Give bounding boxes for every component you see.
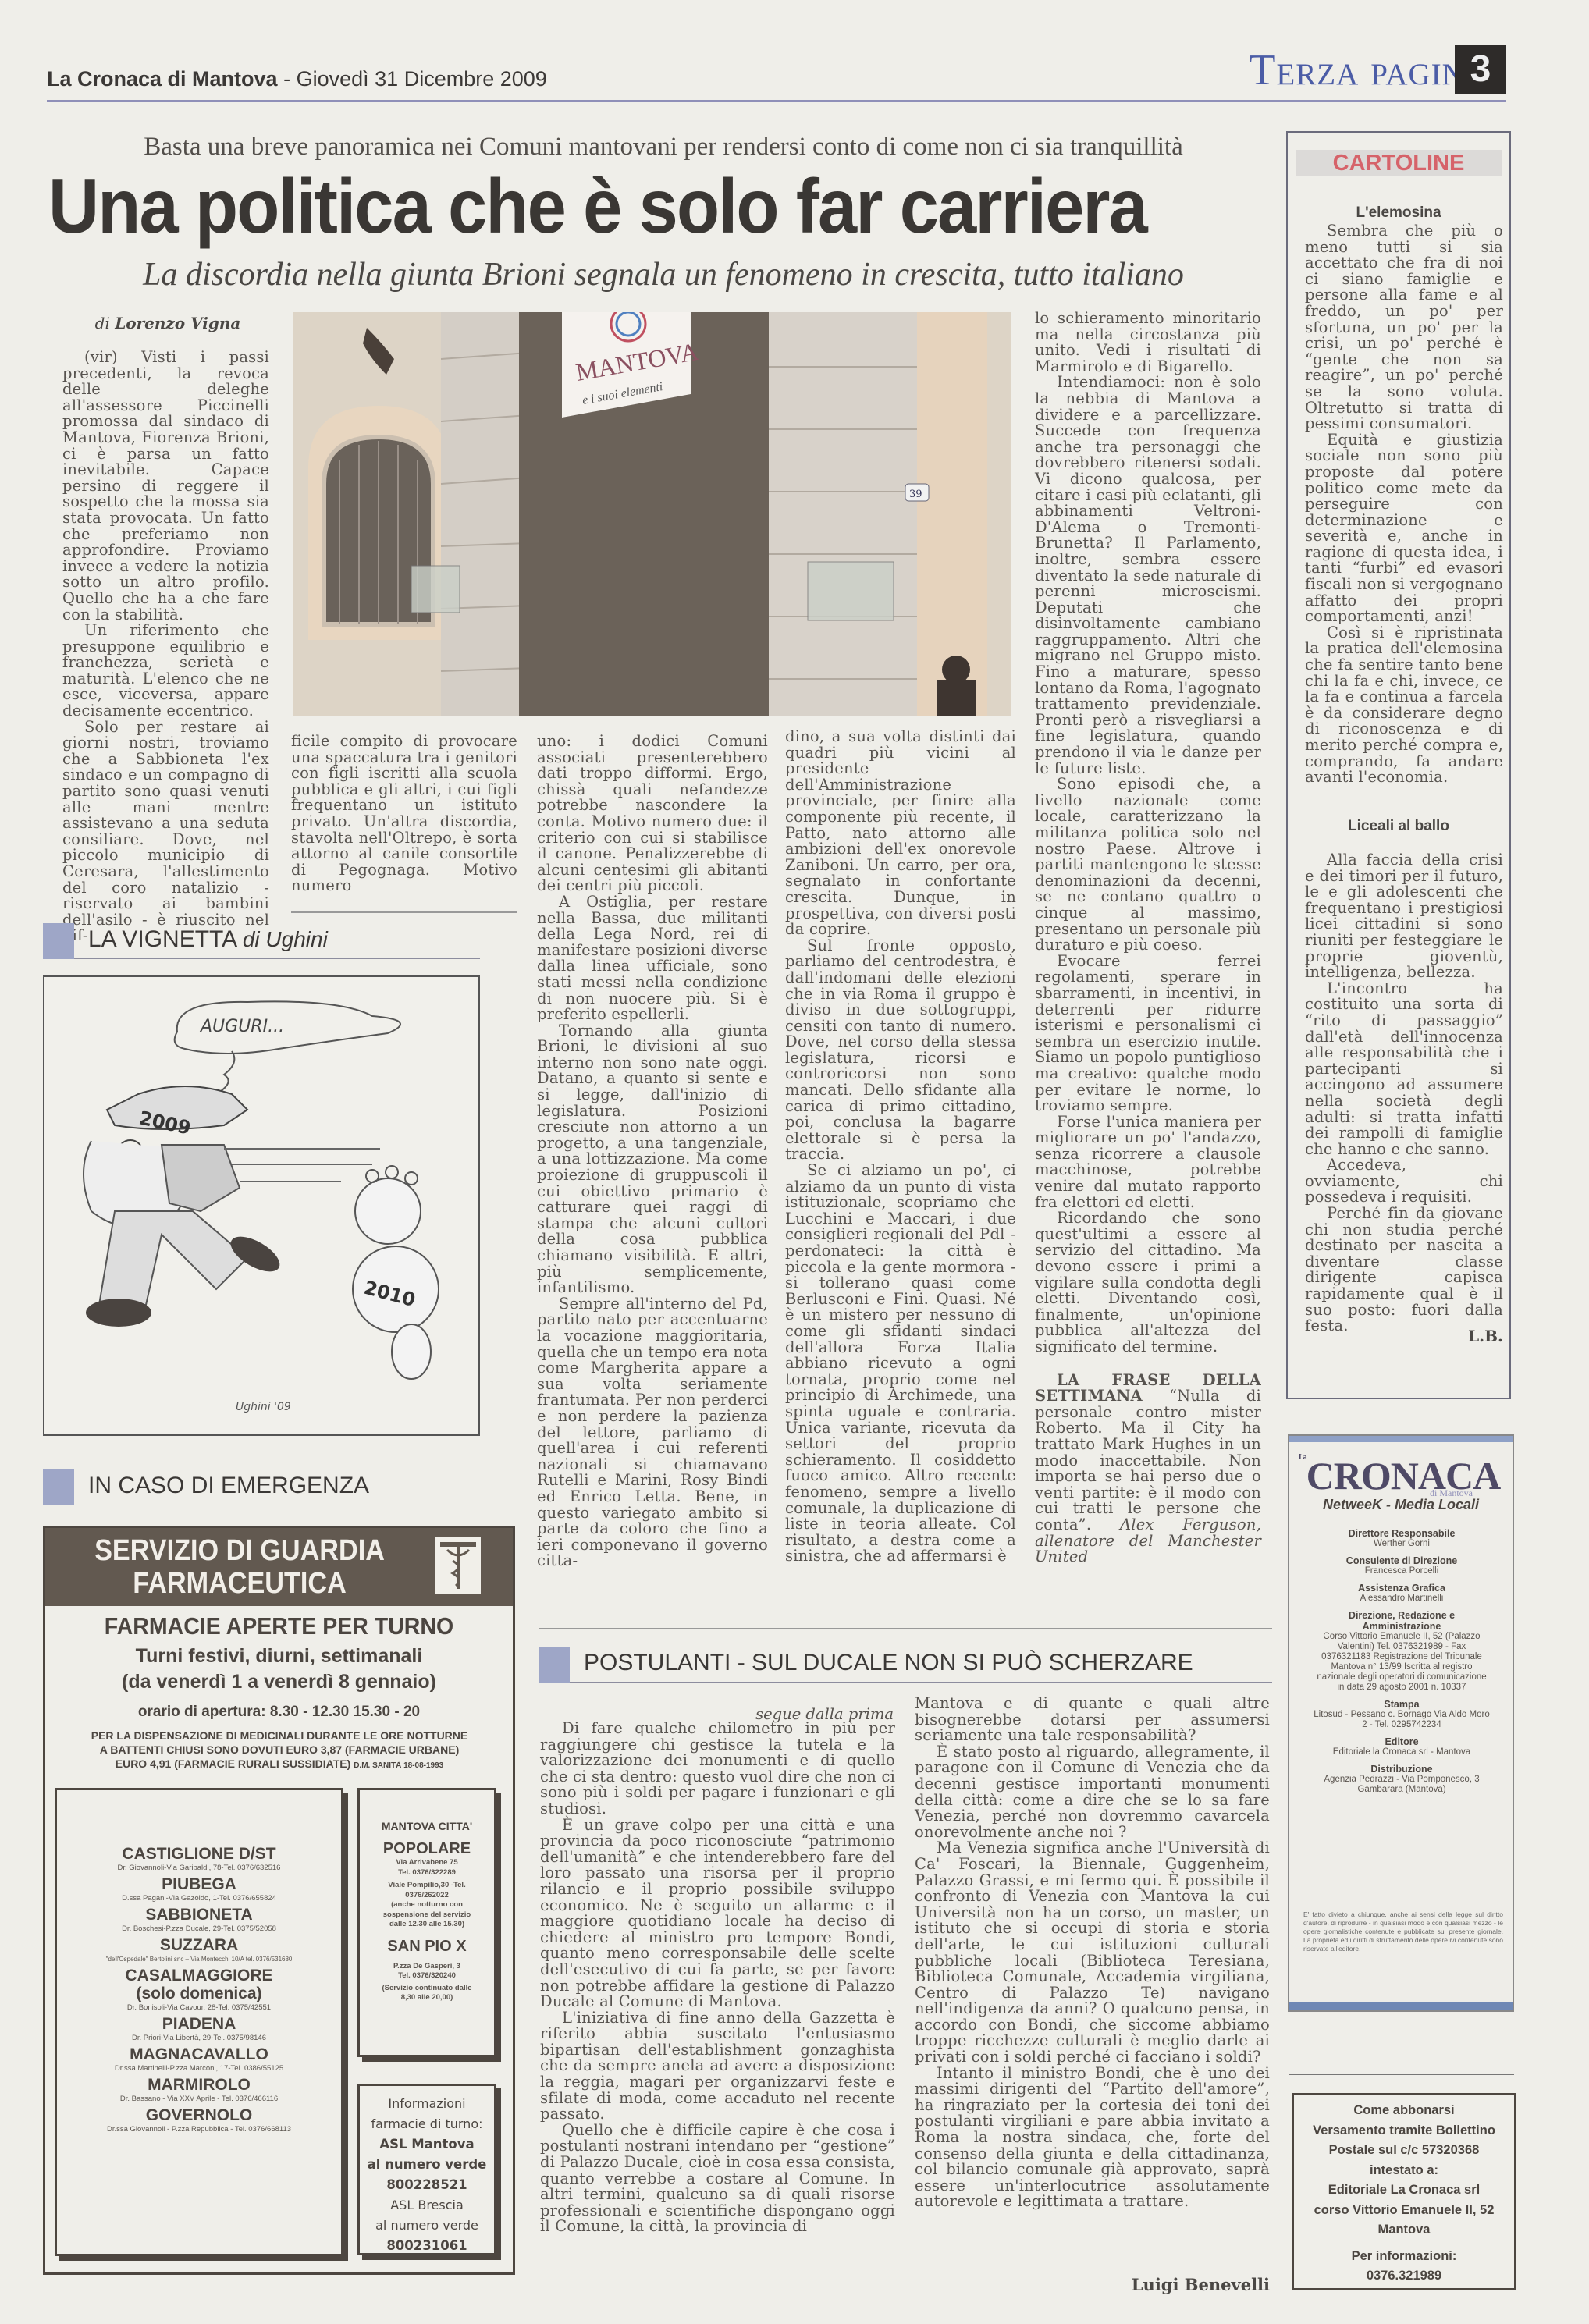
credit-value: Agenzia Pedrazzi - Via Pomponesco, 3 Gam… [1305,1775,1498,1795]
pharmacy-address: Via Arrivabene 75 [360,1858,494,1868]
paragraph: Un riferimento che presuppone equilibrio… [62,623,269,720]
paragraph: Sembra che più o meno tutti si sia accet… [1305,223,1503,432]
vignetta-author: di Ughini [243,927,328,951]
paragraph: Forse l'unica maniera per migliorare un … [1035,1114,1261,1211]
subscription-line: Versamento tramite Bollettino [1294,2121,1514,2141]
paragraph: Ma Venezia significa anche l'Università … [915,1840,1270,2065]
paragraph: Se ci alziamo un po', ci alziamo da un p… [785,1163,1016,1565]
pharmacy-town: PIADENA [57,2015,341,2033]
pharmacy-banner: SERVIZIO DI GUARDIA FARMACEUTICA [45,1528,513,1606]
credit-role: Distribuzione [1305,1764,1498,1775]
paragraph: L'incontro ha costituito una sorta di “r… [1305,981,1503,1158]
pharmacy-title-line2: FARMACEUTICA [75,1567,405,1600]
article-column-5: lo schieramento minoritario ma nella cir… [1035,311,1261,1565]
byline-author: Lorenzo Vigna [115,314,240,332]
paragraph: Sul fronte opposto, parliamo del centrod… [785,938,1016,1163]
pharmacy-entry: PIADENADr. Priori-Via Libertà, 29-Tel. 0… [57,2015,341,2044]
credit-role: Consulente di Direzione [1296,1555,1508,1566]
cartoline-signature: L.B. [1305,1327,1503,1345]
paragraph: lo schieramento minoritario ma nella cir… [1035,311,1261,375]
pharmacy-address: Dr. Giovannoli-Via Garibaldi, 78-Tel. 03… [57,1863,341,1874]
paragraph: Intendiamoci: non è solo la nebbia di Ma… [1035,375,1261,776]
paragraph: È un grave colpo per una città e una pro… [540,1818,895,2010]
info-line: ASL Brescia [360,2195,494,2216]
header-separator: - [283,67,290,91]
paragraph: Di fare qualche chilometro in più per ra… [540,1721,895,1818]
credit-role: Editore [1296,1736,1508,1747]
credit-value: Francesca Porcelli [1296,1566,1508,1576]
info-line: farmacie di turno: [360,2114,494,2134]
article-byline: di Lorenzo Vigna [59,314,277,332]
cronaca-logo: LaCRONACA [1299,1453,1509,1498]
subscription-line: Come abbonarsi [1294,2101,1514,2121]
pharmacy-hours: orario di apertura: 8.30 - 12.30 15.30 -… [45,1704,513,1721]
asl-info-box: Informazioni farmacie di turno: ASL Mant… [357,2084,496,2255]
pharmacy-address: P.zza De Gasperi, 3 [360,1962,494,1972]
pharmacy-title: SERVIZIO DI GUARDIA FARMACEUTICA [75,1534,405,1600]
postulanti-column-1: Di fare qualche chilometro in più per ra… [540,1721,895,2235]
section-rule [539,1628,1272,1629]
town-hall-facade-image: MANTOVA e i suoi elementi 39 [293,312,1011,716]
pharmacy-list: CASTIGLIONE D/STDr. Giovannoli-Via Garib… [55,1788,343,2256]
credit-value: Editoriale la Cronaca srl - Mantova [1296,1747,1508,1757]
pharmacy-address: Dr. Bonisoli-Via Cavour, 28-Tel. 0375/42… [57,2002,341,2013]
pharmacy-town: SABBIONETA [57,1906,341,1924]
cartolina-text: Alla faccia della crisi e dei timori per… [1305,852,1503,1334]
info-line: ASL Mantova [379,2137,474,2152]
masthead-box: LaCRONACA di Mantova NetweeK - Media Loc… [1288,1434,1514,2012]
logo-prefix: La [1299,1453,1306,1462]
cartoline-label: CARTOLINE [1296,150,1502,176]
caduceus-icon [435,1537,481,1594]
paragraph: Perché fin da giovane chi non studia per… [1305,1206,1503,1334]
article-headline: Una politica che è solo far carriera [48,162,1168,251]
pharmacy-town: CASALMAGGIORE [57,1967,341,1985]
pharmacy-address: Viale Pompilio,30 -Tel. [360,1881,494,1891]
paragraph: Intanto il ministro Bondi, che è uno dei… [915,2066,1270,2210]
cartolina-text: Sembra che più o meno tutti si sia accet… [1305,223,1503,786]
subscription-phone: 0376.321989 [1294,2266,1514,2287]
emergency-section-title: IN CASO DI EMERGENZA [88,1473,369,1499]
note-reference: D.M. SANITÀ 18-08-1993 [354,1761,443,1770]
section-marker-square [43,1469,74,1505]
pharmacy-address: "dell'Ospedale" Bertolini snc – Via Mont… [57,1954,341,1965]
paragraph: Tornando alla giunta Brioni, le division… [537,1023,768,1296]
postulanti-title: POSTULANTI - SUL DUCALE NON SI PUÒ SCHER… [584,1650,1193,1676]
pharmacy-period: (da venerdì 1 a venerdì 8 gennaio) [45,1671,513,1693]
subscription-box: Come abbonarsi Versamento tramite Bollet… [1292,2093,1516,2290]
pharmacy-phone: Tel. 0376/322289 [360,1868,494,1878]
cartoon-2009-2010-image: AUGURI... 2009 2010 Ughini '09 [44,977,478,1434]
pharmacy-title-line1: SERVIZIO DI GUARDIA [75,1534,405,1567]
article-column-4: dino, a sua volta distinti dai quadri pi… [785,729,1016,1565]
phone-number: 800228521 [386,2177,467,2192]
paper-name: La Cronaca di Mantova [47,67,278,91]
pharmacy-name: POPOLARE [360,1840,494,1858]
pharmacy-service-box: SERVIZIO DI GUARDIA FARMACEUTICA FARMACI… [43,1526,515,2275]
article-column-3: uno: i dodici Comuni associati presenter… [537,734,768,1569]
paragraph: Equità e giustizia sociale non sono più … [1305,432,1503,625]
credit-value: Werther Gorni [1296,1539,1508,1549]
cartoline-box: CARTOLINE L'elemosina Sembra che più o m… [1286,131,1511,1399]
paragraph: Alla faccia della crisi e dei timori per… [1305,852,1503,981]
paragraph: Evocare ferrei regolamenti, sperare in s… [1035,954,1261,1114]
cartolina-title: L'elemosina [1288,204,1509,222]
pharmacy-address: Dr. Bassano - Via XXV Aprile - Tel. 0376… [57,2094,341,2105]
vignetta-title: LA VIGNETTA [88,926,236,952]
speech-bubble-text: AUGURI... [199,1017,284,1036]
pharmacy-address: Dr.ssa Giovannoli - P.zza Repubblica - T… [57,2124,341,2135]
network-name: NetweeK - Media Locali [1289,1497,1513,1513]
credit-role: Stampa [1311,1699,1492,1710]
section-title: Terza pagina [1249,45,1488,95]
emergency-section-header: IN CASO DI EMERGENZA [43,1469,480,1505]
paragraph: Solo per restare ai giorni nostri, trovi… [62,720,269,944]
pharmacy-town: MARMIROLO [57,2076,341,2094]
issue-date: Giovedì 31 Dicembre 2009 [297,67,547,91]
info-line: al numero verde [360,2216,494,2236]
credit-role: Assistenza Grafica [1296,1583,1508,1594]
pharmacy-subtitle: FARMACIE APERTE PER TURNO [64,1612,494,1640]
article-subheadline: La discordia nella giunta Brioni segnala… [59,256,1268,293]
byline-prefix: di [95,314,110,332]
paragraph: dino, a sua volta distinti dai quadri pi… [785,729,1016,938]
pharmacy-address: Dr. Priori-Via Libertà, 29-Tel. 0375/981… [57,2033,341,2044]
masthead-top-bar [1289,1436,1513,1442]
pharmacy-address: Dr. Boschesi-P.zza Ducale, 29-Tel. 0375/… [57,1924,341,1935]
paragraph: Accedeva, ovviamente, chi possedeva i re… [1305,1157,1503,1206]
pharmacy-note: (solo domenica) [57,1985,341,2002]
info-line: Informazioni [360,2094,494,2114]
subscription-line: Per informazioni: [1294,2247,1514,2267]
pharmacy-note: dalle 12.30 alle 15.30) [360,1920,494,1930]
quote-text: “Nulla di personale contro mister Robert… [1035,1387,1261,1533]
section-marker-square [43,923,74,959]
paragraph: L'iniziativa di fine anno della Gazzetta… [540,2010,895,2123]
vignetta-section-header: LA VIGNETTA di Ughini [43,923,480,959]
pharmacy-note: sospensione del servizio [360,1910,494,1921]
paragraph: ficile compito di provocare una spaccatu… [291,734,517,894]
column-rule [291,911,517,913]
paragraph: Ricordando che sono quest'ultimi a esser… [1035,1210,1261,1355]
header-rule [47,100,1506,102]
pharmacy-phone: 0376/262022 [360,1891,494,1901]
pharmacy-note: 8,30 alle 20,00) [360,1993,494,2003]
pharmacy-town: CASTIGLIONE D/ST [57,1845,341,1863]
pharmacy-town: PIUBEGA [57,1875,341,1893]
paragraph: Quello che è difficile capire è che cosa… [540,2123,895,2235]
cartoon-signature: Ughini '09 [236,1401,291,1413]
pharmacy-address: Dr.ssa Martinelli-P.zza Marconi, 17-Tel.… [57,2063,341,2074]
credit-value: Corso Vittorio Emanuele II, 52 (Palazzo … [1314,1632,1489,1693]
pharmacy-entry: MAGNACAVALLODr.ssa Martinelli-P.zza Marc… [57,2045,341,2074]
postulanti-section-header: POSTULANTI - SUL DUCALE NON SI PUÒ SCHER… [539,1647,1272,1683]
night-fee-note: PER LA DISPENSAZIONE DI MEDICINALI DURAN… [61,1729,498,1773]
divider [1289,2074,1514,2075]
pharmacy-entry: MARMIROLODr. Bassano - Via XXV Aprile - … [57,2076,341,2105]
mantova-city-pharmacies: MANTOVA CITTA' POPOLARE Via Arrivabene 7… [357,1788,496,2057]
credit-value: Litosud - Pessano c. Bornago Via Aldo Mo… [1311,1710,1492,1730]
pharmacy-entry: SABBIONETADr. Boschesi-P.zza Ducale, 29-… [57,1906,341,1935]
subscription-line: Mantova [1294,2220,1514,2240]
pharmacy-entry: CASTIGLIONE D/STDr. Giovannoli-Via Garib… [57,1845,341,1874]
pharmacy-entry: GOVERNOLODr.ssa Giovannoli - P.zza Repub… [57,2106,341,2135]
section-marker-square [539,1647,570,1683]
subscription-line: Editoriale La Cronaca srl [1294,2180,1514,2201]
quote-of-the-week: LA FRASE DELLA SETTIMANA “Nulla di perso… [1035,1373,1261,1565]
paragraph: Così si è ripristinata la pratica dell'e… [1305,625,1503,786]
article-column-1: (vir) Visti i passi precedenti, la revoc… [62,350,269,944]
page-header-left: La Cronaca di Mantova - Giovedì 31 Dicem… [47,67,547,91]
info-line: al numero verde [368,2157,487,2172]
pharmacy-town: MAGNACAVALLO [57,2045,341,2063]
subscription-line: intestato a: [1294,2161,1514,2181]
pharmacy-entry: SUZZARA"dell'Ospedale" Bertolini snc – V… [57,1936,341,1965]
note-line: PER LA DISPENSAZIONE DI MEDICINALI DURAN… [61,1729,498,1743]
postulanti-column-2: Mantova e di quante e quali altre bisogn… [915,1696,1270,2210]
pharmacy-address: D.ssa Pagani-Via Gazoldo, 1-Tel. 0376/65… [57,1893,341,1904]
paragraph: È stato posto al riguardo, allegramente,… [915,1744,1270,1841]
cartolina-title: Liceali al ballo [1288,818,1509,835]
page-number: 3 [1455,45,1506,94]
masthead-bottom-bar [1289,2002,1513,2010]
paragraph: Mantova e di quante e quali altre bisogn… [915,1696,1270,1744]
pharmacy-note: (anche notturno con [360,1900,494,1910]
subscription-line: corso Vittorio Emanuele II, 52 [1294,2201,1514,2221]
pharmacy-entry: PIUBEGAD.ssa Pagani-Via Gazoldo, 1-Tel. … [57,1875,341,1904]
house-number: 39 [909,489,922,500]
pharmacy-shifts: Turni festivi, diurni, settimanali [45,1645,513,1668]
paragraph: A Ostiglia, per restare nella Bassa, due… [537,894,768,1023]
article-column-2: ficile compito di provocare una spaccatu… [291,734,517,894]
pharmacy-note: (Servizio continuato dalle [360,1984,494,1994]
article-kicker: Basta una breve panoramica nei Comuni ma… [62,133,1264,162]
subscription-line: Postale sul c/c 57320368 [1294,2141,1514,2161]
pharmacy-town: SUZZARA [57,1936,341,1954]
credit-role: Direttore Responsabile [1296,1528,1508,1539]
pharmacy-town: GOVERNOLO [57,2106,341,2124]
paragraph: uno: i dodici Comuni associati presenter… [537,734,768,894]
paragraph: Sono episodi che, a livello nazionale co… [1035,776,1261,954]
paragraph: (vir) Visti i passi precedenti, la revoc… [62,350,269,623]
credit-role: Direzione, Redazione e Amministrazione [1314,1610,1489,1632]
note-line: A BATTENTI CHIUSI SONO DOVUTI EURO 3,87 … [61,1743,498,1757]
pharmacy-entry: CASALMAGGIORE(solo domenica)Dr. Bonisoli… [57,1967,341,2013]
pharmacy-phone: Tel. 0376/320240 [360,1971,494,1981]
city-title: MANTOVA CITTA' [360,1820,494,1832]
cartoon-frame: AUGURI... 2009 2010 Ughini '09 [43,975,480,1436]
copyright-notice: E' fatto divieto a chiunque, anche ai se… [1303,1910,1503,1953]
postulanti-author: Luigi Benevelli [915,2275,1270,2294]
note-line: EURO 4,91 (FARMACIE RURALI SUSSIDIATE) [116,1757,351,1770]
credit-value: Alessandro Martinelli [1296,1594,1508,1604]
masthead-credits: Direttore ResponsabileWerther Gorni Cons… [1296,1528,1508,1801]
phone-number: 800231061 [386,2238,467,2253]
paragraph: Sempre all'interno del Pd, partito nato … [537,1296,768,1569]
pharmacy-name: SAN PIO X [360,1938,494,1956]
article-photo-town-hall: MANTOVA e i suoi elementi 39 [293,312,1011,716]
